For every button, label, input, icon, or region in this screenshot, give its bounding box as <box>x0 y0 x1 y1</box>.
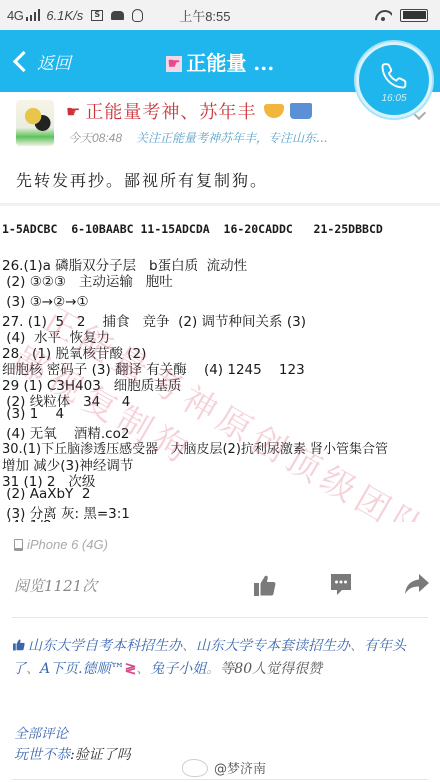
avatar[interactable] <box>16 100 54 146</box>
divider <box>12 779 428 780</box>
qq-icon <box>132 9 143 22</box>
battery-icon <box>400 9 428 22</box>
divider <box>0 203 440 206</box>
author-name[interactable]: ☛ 正能量考神、苏年丰 <box>66 98 312 124</box>
gold-member-badge-icon <box>264 104 284 118</box>
call-floating-button[interactable]: 16:05 <box>356 42 432 118</box>
answer-line: 1-5ADCBC 6-10BAABC 11-15ADCDA 16-20CADDC… <box>2 222 383 236</box>
answer-line: (2) ③②③ 主动运输 胞吐 <box>2 270 173 290</box>
weibo-logo-icon <box>182 759 208 777</box>
likes-summary[interactable]: 等80人觉得很赞 <box>220 661 322 677</box>
answer-line: (3) 1 4 <box>2 406 64 422</box>
liker-name[interactable]: 兔子小姐 <box>150 661 206 677</box>
vip-badge-icon <box>290 103 312 119</box>
answer-line: (4) 1/8 <box>2 518 51 522</box>
back-button[interactable]: 返回 <box>0 49 71 74</box>
zzz-emoji-icon: ≷ <box>125 661 137 677</box>
comment-author[interactable]: 玩世不恭 <box>14 747 70 763</box>
wifi-icon <box>374 9 392 21</box>
call-duration: 16:05 <box>381 93 406 104</box>
author-name-text: 正能量考神、苏年丰 <box>85 98 256 124</box>
comment-item: 玩世不恭:验证了吗 <box>14 744 131 764</box>
weibo-watermark-text: @梦济南 <box>214 758 266 777</box>
network-speed: 6.1K/s <box>46 8 83 23</box>
signal-icon <box>26 9 40 21</box>
clock: 上午8:55 <box>179 6 230 25</box>
comment-text: 验证了吗 <box>75 747 131 763</box>
thumbs-up-icon[interactable] <box>253 573 277 597</box>
s-app-icon: S <box>91 10 103 21</box>
liker-name[interactable]: 山东大学专本套读招生办 <box>196 638 350 654</box>
android-icon <box>111 11 124 20</box>
device-name: iPhone 6 (4G) <box>27 537 108 552</box>
pointing-hand-icon: ☛ <box>66 102 81 121</box>
author-intro: 关注正能量考神苏年丰，专注山东... <box>136 129 327 146</box>
liker-name[interactable]: 山东大学自考本科招生办 <box>28 638 182 654</box>
chevron-left-icon <box>13 50 34 71</box>
post-text: 先转发再抄。鄙视所有复制狗。 <box>16 168 268 191</box>
comment-icon[interactable] <box>330 573 352 597</box>
answer-line: (3) ③→②→① <box>2 294 89 310</box>
network-type: 4G <box>7 8 23 23</box>
view-count: 阅览1121次 <box>14 575 97 596</box>
liker-name[interactable]: A下页.德顺™ <box>40 661 125 677</box>
answer-key-image[interactable]: 1-5ADCBC 6-10BAABC 11-15ADCDA 16-20CADDC… <box>0 212 440 522</box>
liked-by-list: 山东大学自考本科招生办、山东大学专本套读招生办、有年头了、A下页.德顺™≷、兔子… <box>12 635 432 681</box>
answer-line: (2) AaXbY 2 <box>2 486 90 502</box>
back-label: 返回 <box>37 49 71 74</box>
post-meta: 今天08:48 关注正能量考神苏年丰，专注山东... <box>68 129 327 146</box>
page-title-text: 正能量 ... <box>186 51 274 75</box>
phone-icon <box>379 61 409 91</box>
all-comments-link[interactable]: 全部评论 <box>14 722 68 742</box>
phone-device-icon <box>14 539 23 551</box>
post-timestamp: 今天08:48 <box>68 129 122 146</box>
divider <box>12 617 428 618</box>
status-bar: 4G 6.1K/s S 上午8:55 <box>0 0 440 30</box>
weibo-watermark: @梦济南 <box>182 758 266 777</box>
share-icon[interactable] <box>404 573 430 595</box>
pointing-hand-icon: ☛ <box>166 56 183 72</box>
thumbs-up-icon <box>12 638 26 651</box>
device-source: iPhone 6 (4G) <box>14 537 108 552</box>
